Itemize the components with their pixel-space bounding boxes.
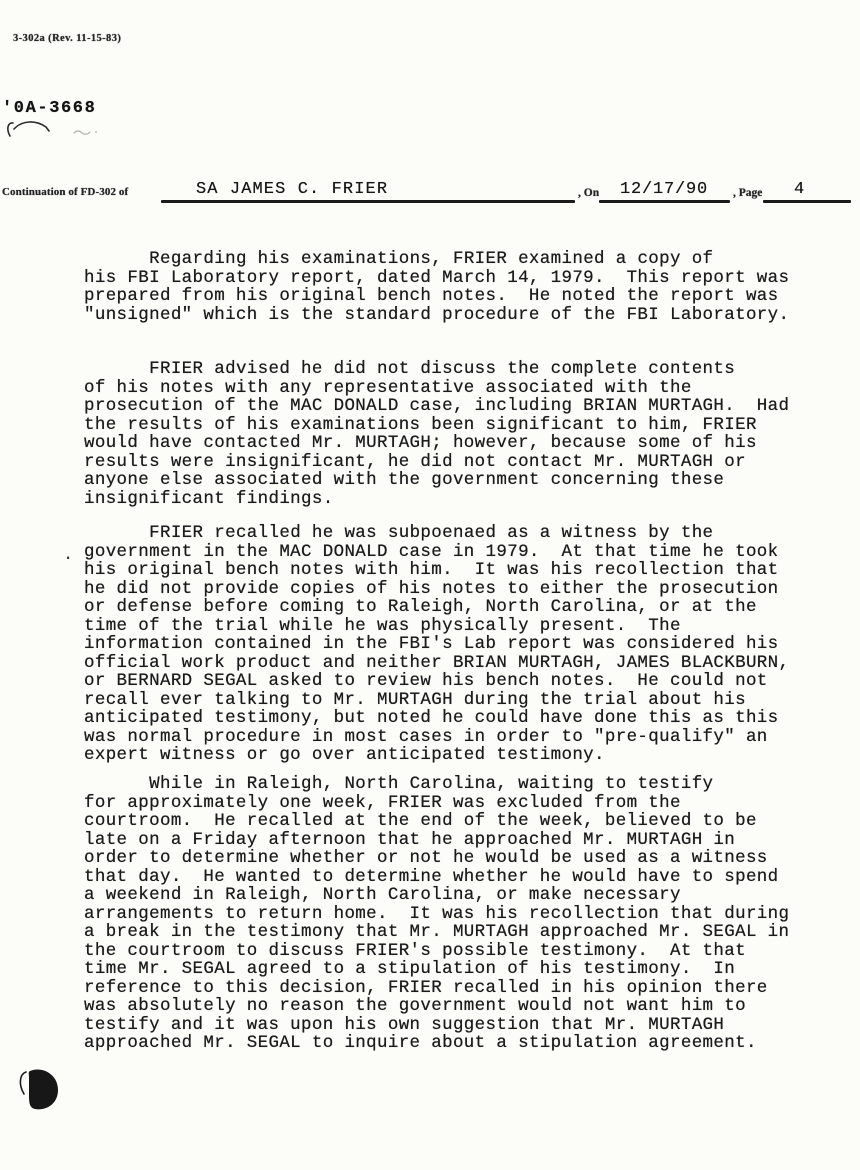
page-number-underline [763,200,851,203]
date-value: 12/17/90 [620,180,708,199]
paragraph-raleigh-testimony: While in Raleigh, North Carolina, waitin… [84,775,829,1053]
agent-name: SA JAMES C. FRIER [196,180,388,199]
handwritten-squiggle-mark [4,116,58,142]
paragraph-subpoena: FRIER recalled he was subpoenaed as a wi… [84,524,829,765]
ink-blob-mark [16,1066,66,1116]
stray-dot-mark: . [63,546,73,565]
paragraph-examinations: Regarding his examinations, FRIER examin… [84,250,829,324]
continuation-of-fd302-label: Continuation of FD-302 of [2,186,128,198]
page-label: , Page [733,187,762,199]
scanned-fd302-page: 3-302a (Rev. 11-15-83) '0A-3668 Continua… [0,0,860,1170]
form-number-label: 3-302a (Rev. 11-15-83) [13,33,121,44]
faint-scribble-mark [70,124,104,138]
date-underline [599,200,730,203]
agent-name-underline [161,200,575,203]
page-number: 4 [794,180,804,199]
paragraph-notes-discussion: FRIER advised he did not discuss the com… [84,360,829,508]
on-label: , On [578,187,599,199]
